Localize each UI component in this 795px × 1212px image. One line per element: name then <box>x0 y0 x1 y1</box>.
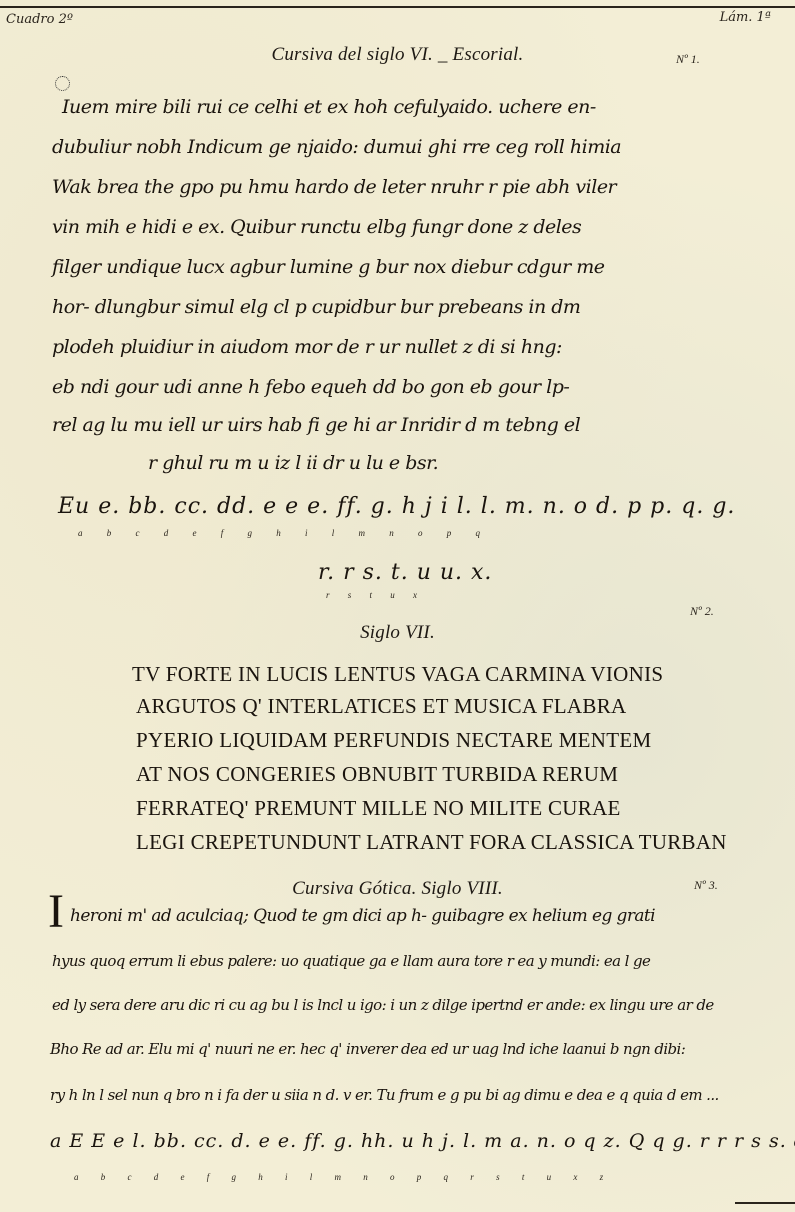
section-1-line: dubuliur nobh Indicum ge njaido: dumui g… <box>52 136 621 158</box>
gloss-letter: d <box>164 528 169 538</box>
section-1-alphabet: Eu e. bb. cc. dd. e e e. ff. g. h j i l.… <box>58 494 735 519</box>
section-2-line: LEGI CREPETUNDUNT LATRANT FORA CLASSICA … <box>136 830 727 855</box>
section-3-line: ry h ln l sel nun q bro n i fa der u sii… <box>50 1086 719 1104</box>
section-3-line: ed ly sera dere aru dic ri cu ag bu l is… <box>52 996 714 1014</box>
gloss-letter: o <box>418 528 423 538</box>
gloss-letter: n <box>363 1172 368 1182</box>
section-3-line: hyus quoq errum li ebus palere: uo quati… <box>52 952 650 970</box>
gloss-letter: m <box>335 1172 342 1182</box>
gloss-letter: l <box>332 528 335 538</box>
gloss-letter: e <box>181 1172 185 1182</box>
gloss-letter: p <box>447 528 452 538</box>
section-1-line: r ghul ru m u iz l ii dr u lu e bsr. <box>148 452 438 474</box>
gloss-letter: c <box>128 1172 132 1182</box>
plate-number-label: Lám. 1ª <box>720 10 771 25</box>
section-2-line: AT NOS CONGERIES OBNUBIT TURBIDA RERUM <box>136 762 618 787</box>
gloss-letter: r <box>326 590 330 600</box>
gloss-letter: u <box>390 590 395 600</box>
top-rule <box>0 6 795 8</box>
section-3-title: Cursiva Gótica. Siglo VIII. <box>0 878 795 900</box>
section-1-line: rel ag lu mu iell ur uirs hab fi ge hi a… <box>52 414 580 436</box>
gloss-letter: r <box>470 1172 474 1182</box>
section-1-alphabet-2-gloss: r s t u x <box>326 590 417 600</box>
gloss-letter: e <box>193 528 197 538</box>
section-1-line: Wak brea the gpo pu hmu hardo de leter n… <box>52 176 616 198</box>
section-3-alphabet: a E E e l. bb. cc. d. e e. ff. g. hh. u … <box>50 1130 795 1152</box>
section-1-alphabet-gloss: a b c d e f g h i l m n o p q <box>78 528 480 538</box>
gloss-letter: q <box>444 1172 449 1182</box>
gloss-letter: x <box>413 590 417 600</box>
section-1-line: hor- dlungbur simul elg cl p cupidbur bu… <box>52 296 580 318</box>
section-2-number: Nº 2. <box>690 604 714 619</box>
gloss-letter: c <box>136 528 140 538</box>
section-2-line: FERRATEQ' PREMUNT MILLE NO MILITE CURAE <box>136 796 621 821</box>
plate-table-label: Cuadro 2º <box>6 12 73 27</box>
gloss-letter: o <box>390 1172 395 1182</box>
manuscript-plate: Cuadro 2º Lám. 1ª Cursiva del siglo VI. … <box>0 0 795 1212</box>
gloss-letter: s <box>348 590 352 600</box>
gloss-letter: h <box>258 1172 263 1182</box>
section-2-line: TV FORTE IN LUCIS LENTUS VAGA CARMINA VI… <box>132 662 663 687</box>
section-1-line: vin mih e hidi e ex. Quibur runctu elbg … <box>52 216 581 238</box>
gloss-letter: t <box>522 1172 525 1182</box>
gloss-letter: n <box>389 528 394 538</box>
bottom-rule <box>735 1202 795 1204</box>
gloss-letter: h <box>276 528 281 538</box>
gloss-letter: d <box>154 1172 159 1182</box>
gloss-letter: i <box>285 1172 288 1182</box>
section-1-alphabet-2: r. r s. t. u u. x. <box>318 560 492 585</box>
section-2-line: ARGUTOS Q' INTERLATICES ET MUSICA FLABRA <box>136 694 626 719</box>
section-1-line: Iuem mire bili rui ce celhi et ex hoh ce… <box>62 96 596 118</box>
gloss-letter: m <box>359 528 366 538</box>
gloss-letter: f <box>221 528 224 538</box>
gloss-letter: f <box>207 1172 210 1182</box>
section-1-number: Nº 1. <box>676 52 700 67</box>
section-3-initial: I <box>48 884 64 939</box>
gloss-letter: u <box>547 1172 552 1182</box>
gloss-letter: b <box>101 1172 106 1182</box>
gloss-letter: a <box>74 1172 79 1182</box>
ornament-ring-icon <box>55 76 70 91</box>
gloss-letter: p <box>417 1172 422 1182</box>
gloss-letter: l <box>310 1172 313 1182</box>
gloss-letter: i <box>305 528 308 538</box>
gloss-letter: x <box>573 1172 577 1182</box>
section-1-line: eb ndi gour udi anne h febo equeh dd bo … <box>52 376 569 398</box>
gloss-letter: a <box>78 528 83 538</box>
gloss-letter: q <box>476 528 481 538</box>
section-2-line: PYERIO LIQUIDAM PERFUNDIS NECTARE MENTEM <box>136 728 652 753</box>
gloss-letter: g <box>232 1172 237 1182</box>
gloss-letter: s <box>496 1172 500 1182</box>
section-3-line: heroni m' ad aculciaq; Quod te gm dici a… <box>70 906 655 926</box>
section-3-alphabet-gloss: a b c d e f g h i l m n o p q r s t u x … <box>74 1172 603 1182</box>
gloss-letter: b <box>107 528 112 538</box>
gloss-letter: z <box>600 1172 604 1182</box>
section-3-number: Nº 3. <box>694 878 718 893</box>
section-1-line: filger undique lucx agbur lumine g bur n… <box>52 256 605 278</box>
section-3-line: Bho Re ad ar. Elu mi q' nuuri ne er. hec… <box>50 1040 685 1058</box>
section-1-line: plodeh pluidiur in aiudom mor de r ur nu… <box>52 336 562 358</box>
gloss-letter: t <box>370 590 373 600</box>
gloss-letter: g <box>248 528 253 538</box>
section-2-title: Siglo VII. <box>0 622 795 644</box>
